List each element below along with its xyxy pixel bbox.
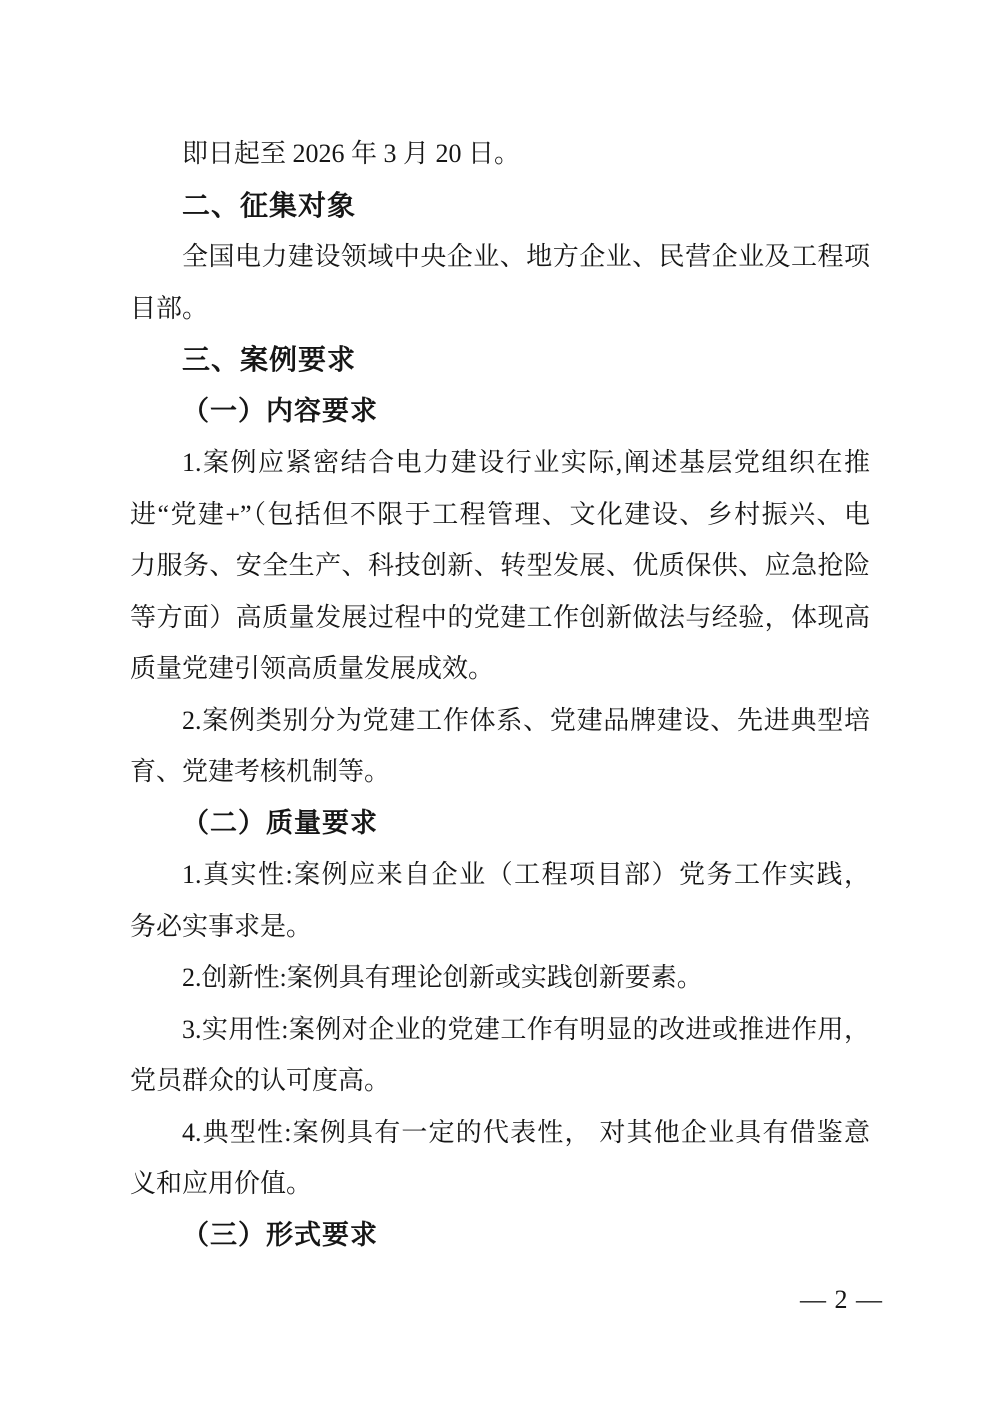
paragraph-targets-line-2: 目部。: [130, 283, 870, 335]
paragraph-quality-item-3-line-2: 党员群众的认可度高。: [130, 1055, 870, 1107]
page-number: — 2 —: [800, 1285, 883, 1315]
paragraph-targets-line-1: 全国电力建设领域中央企业、地方企业、民营企业及工程项: [130, 231, 870, 283]
paragraph-quality-item-1-line-1: 1.真实性:案例应来自企业（工程项目部）党务工作实践，: [130, 849, 870, 901]
paragraph-quality-item-1-line-2: 务必实事求是。: [130, 901, 870, 953]
paragraph-quality-item-3-line-1: 3.实用性:案例对企业的党建工作有明显的改进或推进作用，: [130, 1004, 870, 1056]
paragraph-content-item-1-line-2: 进“党建+”（包括但不限于工程管理、文化建设、乡村振兴、电: [130, 489, 870, 541]
subheading-quality-requirements: （二）质量要求: [130, 798, 870, 850]
scanned-document-page: 即日起至 2026 年 3 月 20 日。 二、征集对象 全国电力建设领域中央企…: [0, 0, 992, 1403]
paragraph-quality-item-4-line-2: 义和应用价值。: [130, 1158, 870, 1210]
paragraph-content-item-1-line-5: 质量党建引领高质量发展成效。: [130, 643, 870, 695]
subheading-format-requirements: （三）形式要求: [130, 1210, 870, 1262]
paragraph-quality-item-2: 2.创新性:案例具有理论创新或实践创新要素。: [130, 952, 870, 1004]
paragraph-content-item-1-line-3: 力服务、安全生产、科技创新、转型发展、优质保供、应急抢险: [130, 540, 870, 592]
subheading-content-requirements: （一）内容要求: [130, 386, 870, 438]
paragraph-content-item-2-line-1: 2.案例类别分为党建工作体系、党建品牌建设、先进典型培: [130, 695, 870, 747]
paragraph-content-item-2-line-2: 育、党建考核机制等。: [130, 746, 870, 798]
paragraph-quality-item-4-line-1: 4.典型性:案例具有一定的代表性， 对其他企业具有借鉴意: [130, 1107, 870, 1159]
heading-section-2-collection-targets: 二、征集对象: [130, 180, 870, 232]
document-body: 即日起至 2026 年 3 月 20 日。 二、征集对象 全国电力建设领域中央企…: [130, 128, 870, 1261]
paragraph-content-item-1-line-1: 1.案例应紧密结合电力建设行业实际,阐述基层党组织在推: [130, 437, 870, 489]
heading-section-3-case-requirements: 三、案例要求: [130, 334, 870, 386]
paragraph-deadline: 即日起至 2026 年 3 月 20 日。: [130, 128, 870, 180]
paragraph-content-item-1-line-4: 等方面）高质量发展过程中的党建工作创新做法与经验，体现高: [130, 592, 870, 644]
